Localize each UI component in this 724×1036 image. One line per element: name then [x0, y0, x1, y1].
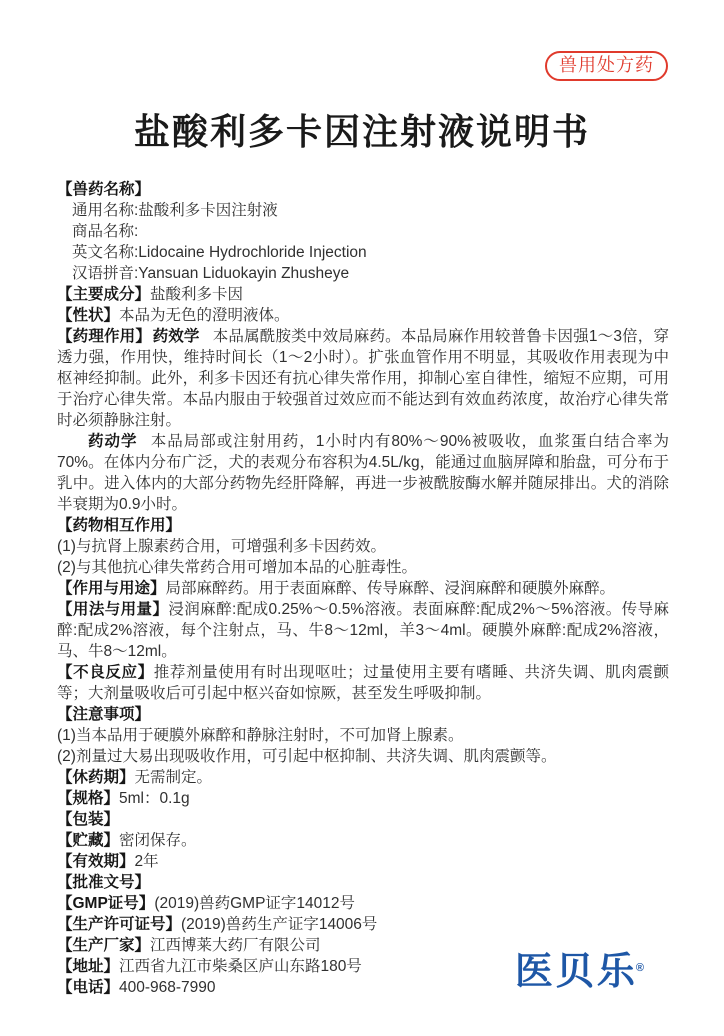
- paragraph: 汉语拼音:Yansuan Liduokayin Zhusheye: [57, 263, 669, 284]
- inline-subheading: 药动学: [88, 433, 138, 450]
- section-heading: 【注意事项】: [57, 706, 150, 723]
- paragraph: (1)与抗肾上腺素药合用，可增强利多卡因药效。: [57, 536, 669, 557]
- section-heading: 【生产许可证号】: [57, 916, 181, 933]
- paragraph-text: 密闭保存。: [119, 832, 197, 849]
- paragraph: 【有效期】2年: [57, 851, 669, 872]
- section-heading: 【GMP证号】: [57, 895, 154, 912]
- paragraph: (1)当本品用于硬膜外麻醉和静脉注射时，不可加肾上腺素。: [57, 725, 669, 746]
- section-heading: 【不良反应】: [57, 664, 154, 681]
- paragraph-text: (2)剂量过大易出现吸收作用，可引起中枢抑制、共济失调、肌肉震颤等。: [57, 748, 556, 765]
- section-heading: 【批准文号】: [57, 874, 150, 891]
- doc-title: 盐酸利多卡因注射液说明书: [0, 106, 724, 158]
- paragraph: 【兽药名称】: [57, 179, 669, 200]
- section-heading: 【地址】: [57, 958, 119, 975]
- paragraph-text: 无需制定。: [135, 769, 213, 786]
- paragraph-text: 本品局部或注射用药，1小时内有80%～90%被吸收，血浆蛋白结合率为70%。在体…: [57, 433, 669, 513]
- paragraph: 【规格】5ml：0.1g: [57, 788, 669, 809]
- section-heading: 【兽药名称】: [57, 181, 150, 198]
- badge-row: 兽用处方药: [545, 51, 668, 81]
- paragraph: 【GMP证号】(2019)兽药GMP证字14012号: [57, 893, 669, 914]
- section-heading: 【规格】: [57, 790, 119, 807]
- section-heading: 【用法与用量】: [57, 601, 168, 618]
- paragraph: 【作用与用途】局部麻醉药。用于表面麻醉、传导麻醉、浸润麻醉和硬膜外麻醉。: [57, 578, 669, 599]
- section-heading: 【性状】: [57, 307, 119, 324]
- paragraph: 英文名称:Lidocaine Hydrochloride Injection: [57, 242, 669, 263]
- paragraph-text: 5ml：0.1g: [119, 790, 190, 807]
- paragraph-text: (2019)兽药GMP证字14012号: [154, 895, 355, 912]
- section-heading: 【主要成分】: [57, 286, 150, 303]
- paragraph-text: 江西省九江市柴桑区庐山东路180号: [119, 958, 362, 975]
- paragraph: 【休药期】无需制定。: [57, 767, 669, 788]
- paragraph: 【注意事项】: [57, 704, 669, 725]
- doc-body: 【兽药名称】 通用名称:盐酸利多卡因注射液 商品名称: 英文名称:Lidocai…: [57, 179, 669, 998]
- paragraph: 【用法与用量】浸润麻醉:配成0.25%～0.5%溶液。表面麻醉:配成2%～5%溶…: [57, 599, 669, 662]
- paragraph: 【性状】本品为无色的澄明液体。: [57, 305, 669, 326]
- paragraph: 【贮藏】密闭保存。: [57, 830, 669, 851]
- section-heading: 【包装】: [57, 811, 119, 828]
- paragraph-text: 400-968-7990: [119, 979, 216, 996]
- section-heading: 【药物相互作用】: [57, 517, 181, 534]
- paragraph-text: 通用名称:盐酸利多卡因注射液: [72, 202, 278, 219]
- paragraph-text: (1)与抗肾上腺素药合用，可增强利多卡因药效。: [57, 538, 386, 555]
- paragraph-text: 本品为无色的澄明液体。: [119, 307, 290, 324]
- section-heading: 【作用与用途】: [57, 580, 166, 597]
- section-heading: 【电话】: [57, 979, 119, 996]
- section-heading: 【药理作用】: [57, 328, 151, 345]
- paragraph-text: (2019)兽药生产证字14006号: [181, 916, 377, 933]
- section-heading: 【休药期】: [57, 769, 135, 786]
- paragraph: (2)与其他抗心律失常药合用可增加本品的心脏毒性。: [57, 557, 669, 578]
- paragraph-text: 商品名称:: [72, 223, 138, 240]
- section-heading: 【贮藏】: [57, 832, 119, 849]
- registered-mark: ®: [636, 962, 644, 974]
- inline-subheading: 药效学: [153, 328, 200, 345]
- paragraph: 药动学本品局部或注射用药，1小时内有80%～90%被吸收，血浆蛋白结合率为70%…: [57, 431, 669, 515]
- paragraph: (2)剂量过大易出现吸收作用，可引起中枢抑制、共济失调、肌肉震颤等。: [57, 746, 669, 767]
- brand-logo: 医贝乐®: [515, 952, 646, 992]
- section-heading: 【生产厂家】: [57, 937, 150, 954]
- rx-type-badge: 兽用处方药: [545, 51, 668, 81]
- paragraph-text: 英文名称:Lidocaine Hydrochloride Injection: [72, 244, 367, 261]
- paragraph-text: 江西博莱大药厂有限公司: [150, 937, 321, 954]
- paragraph: 商品名称:: [57, 221, 669, 242]
- paragraph-text: (1)当本品用于硬膜外麻醉和静脉注射时，不可加肾上腺素。: [57, 727, 463, 744]
- section-heading: 【有效期】: [57, 853, 135, 870]
- leaflet-page: 兽用处方药 盐酸利多卡因注射液说明书 【兽药名称】 通用名称:盐酸利多卡因注射液…: [0, 0, 724, 1036]
- paragraph-text: 局部麻醉药。用于表面麻醉、传导麻醉、浸润麻醉和硬膜外麻醉。: [166, 580, 616, 597]
- paragraph: 【药物相互作用】: [57, 515, 669, 536]
- brand-logo-text: 医贝乐: [515, 951, 638, 993]
- paragraph: 【批准文号】: [57, 872, 669, 893]
- paragraph: 【生产许可证号】(2019)兽药生产证字14006号: [57, 914, 669, 935]
- paragraph: 【药理作用】药效学本品属酰胺类中效局麻药。本品局麻作用较普鲁卡因强1～3倍，穿透…: [57, 326, 669, 431]
- paragraph: 【包装】: [57, 809, 669, 830]
- paragraph: 【不良反应】推荐剂量使用有时出现呕吐；过量使用主要有嗜睡、共济失调、肌肉震颤等；…: [57, 662, 669, 704]
- paragraph-text: 汉语拼音:Yansuan Liduokayin Zhusheye: [72, 265, 349, 282]
- paragraph-text: (2)与其他抗心律失常药合用可增加本品的心脏毒性。: [57, 559, 417, 576]
- paragraph: 【主要成分】盐酸利多卡因: [57, 284, 669, 305]
- paragraph: 通用名称:盐酸利多卡因注射液: [57, 200, 669, 221]
- paragraph-text: 2年: [135, 853, 159, 870]
- paragraph-text: 盐酸利多卡因: [150, 286, 243, 303]
